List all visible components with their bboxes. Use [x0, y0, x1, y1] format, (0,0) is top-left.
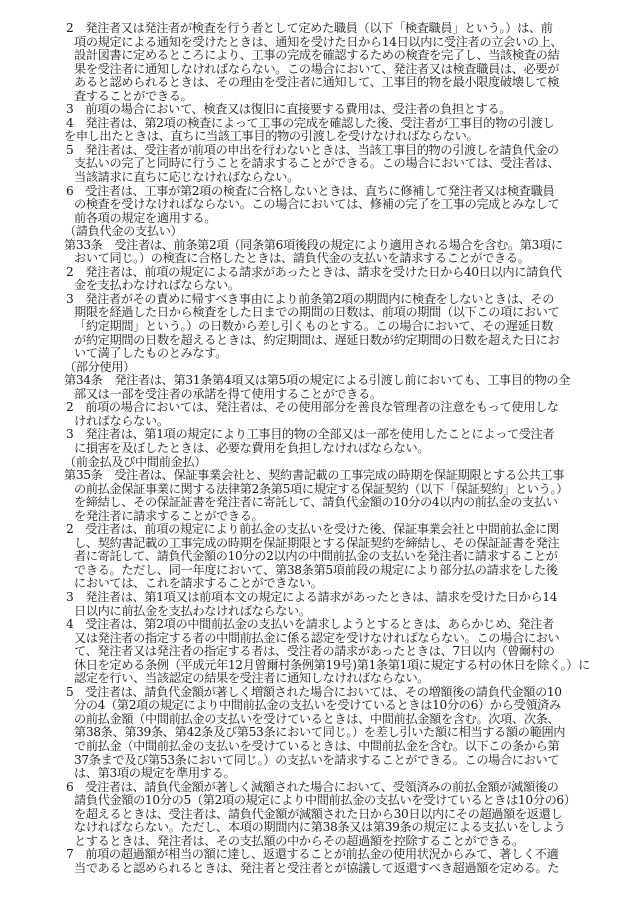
text-line: を締結し、その保証証書を発注者に寄託して、請負代金額の10分の4以内の前払金の支… [64, 496, 554, 510]
text-line: 第34条 発注者は、第31条第4項又は第5項の規定による引渡し前においても、工事… [64, 374, 554, 388]
text-line: においては、これを請求することができない。 [64, 577, 554, 591]
text-line: 期限を経過した日から検査をした日までの期間の日数は、前項の期間（以下この項におい… [64, 306, 554, 320]
text-line: て、発注者又は発注者の指定する者は、受注者の請求があったときは、7日以内（曾爾村… [64, 645, 554, 659]
text-line: 3 前項の場合において、検査又は復旧に直接要する費用は、受注者の負担とする。 [64, 103, 554, 117]
text-line: 2 前項の場合においては、発注者は、その使用部分を善良な管理者の注意をもって使用… [64, 401, 554, 415]
text-line: 認定を行い、当該認定の結果を受注者に通知しなければならない。 [64, 672, 554, 686]
text-line: で前払金（中間前払金の支払いを受けているときは、中間前払金を含む。以下この条から… [64, 740, 554, 754]
text-line: 分の4（第2項の規定により中間前払金の支払いを受けているときは10分の6）から受… [64, 699, 554, 713]
text-line: 第38条、第39条、第42条及び第53条において同じ。）を差し引いた額に相当する… [64, 726, 554, 740]
text-line: 3 発注者は、第1項の規定により工事目的物の全部又は一部を使用したことによって受… [64, 428, 554, 442]
text-line: 2 受注者は、前項の規定により前払金の支払いを受けた後、保証事業会社と中間前払金… [64, 523, 554, 537]
text-line: を申し出たときは、直ちに当該工事目的物の引渡しを受けなければならない。 [64, 130, 554, 144]
text-line: の検査を受けなければならない。この場合においては、修補の完了を工事の完成とみなし… [64, 198, 554, 212]
text-line: 7 前項の超過額が相当の額に達し、返還することが前払金の使用状況からみて、著しく… [64, 848, 554, 862]
document-page: 2 発注者又は発注者が検査を行う者として定めた職員（以下「検査職員」という。）は… [64, 22, 554, 875]
text-line: （前金払及び中間前金払） [64, 456, 554, 470]
text-line: 「約定期間」という。）の日数から差し引くものとする。この場合において、その遅延日… [64, 320, 554, 334]
text-line: 金を支払わなければならない。 [64, 279, 554, 293]
text-line: 設計図書に定めるところにより、工事の完成を確認するための検査を完了し、当該検査の… [64, 49, 554, 63]
text-line: おいて同じ。）の検査に合格したときは、請負代金の支払いを請求することができる。 [64, 252, 554, 266]
text-line: 第35条 受注者は、保証事業会社と、契約書記載の工事完成の時期を保証期限とする公… [64, 469, 554, 483]
text-line: 3 発注者は、第1項又は前項本文の規定による請求があったときは、請求を受けた日か… [64, 591, 554, 605]
text-line: 2 発注者又は発注者が検査を行う者として定めた職員（以下「検査職員」という。）は… [64, 22, 554, 36]
text-line: 支払いの完了と同時に行うことを請求することができる。この場合においては、受注者は… [64, 157, 554, 171]
text-line: あると認められるときは、その理由を受注者に通知して、工事目的物を最小限度破壊して… [64, 76, 554, 90]
text-line: が約定期間の日数を超えるときは、約定期間は、遅延日数が約定期間の日数を超えた日に… [64, 334, 554, 348]
text-line: 請負代金額の10分の5（第2項の規定により中間前払金の支払いを受けているときは1… [64, 794, 554, 808]
text-line: 者に寄託して、請負代金額の10分の2以内の中間前払金の支払いを発注者に請求するこ… [64, 550, 554, 564]
text-line: 4 受注者は、第2項の中間前払金の支払いを請求しようとするときは、あらかじめ、発… [64, 618, 554, 632]
text-line: に損害を及ぼしたときは、必要な費用を負担しなければならない。 [64, 442, 554, 456]
text-line: なければならない。ただし、本項の期間内に第38条又は第39条の規定による支払いを… [64, 821, 554, 835]
text-line: いて満了したものとみなす。 [64, 347, 554, 361]
text-line: （請負代金の支払い） [64, 225, 554, 239]
text-line: 当であると認められるときは、発注者と受注者とが協議して返還すべき超過額を定める。… [64, 862, 554, 876]
text-line: は、第3項の規定を準用する。 [64, 767, 554, 781]
text-line: 当該請求に直ちに応じなければならない。 [64, 171, 554, 185]
